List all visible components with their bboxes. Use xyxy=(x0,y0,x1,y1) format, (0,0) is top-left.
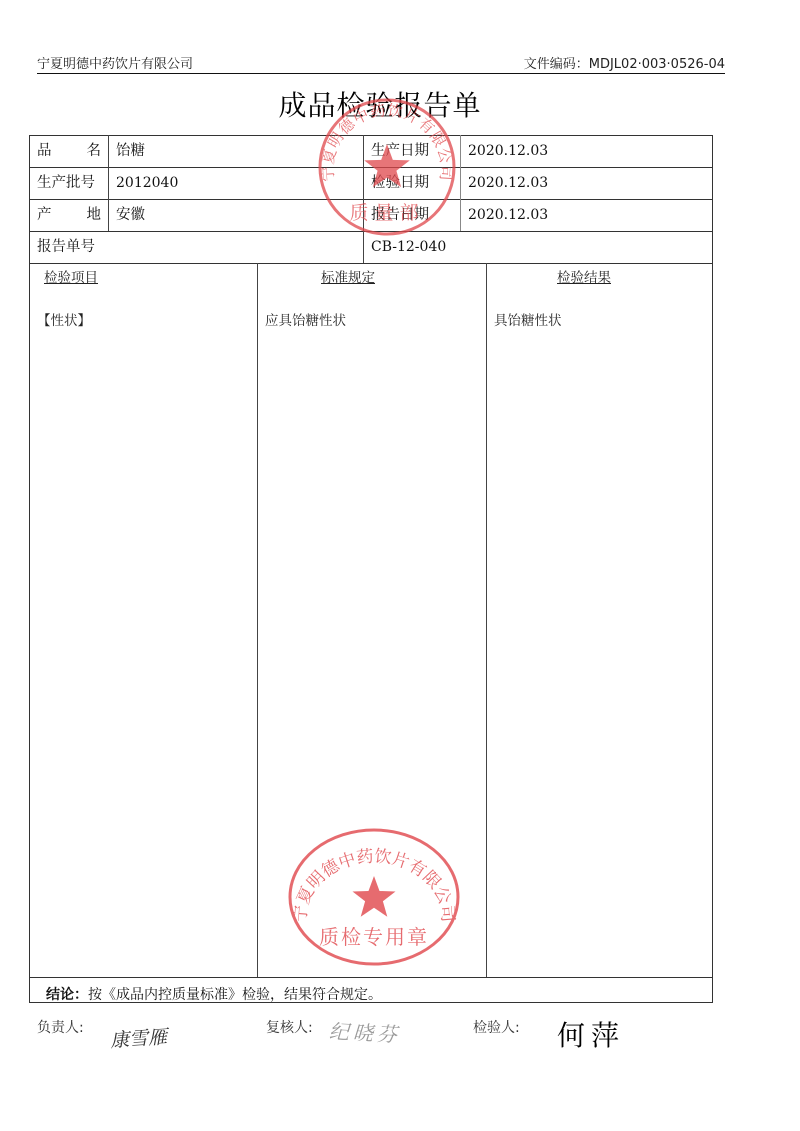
origin-label: 产地 xyxy=(37,199,101,231)
page-title: 成品检验报告单 xyxy=(0,84,760,124)
reviewer-signature: 纪晓芬 xyxy=(328,1015,401,1048)
col-header-item: 检验项目 xyxy=(44,266,98,286)
product-name-value: 饴糖 xyxy=(116,135,145,167)
conclusion-text: 按《成品内控质量标准》检验，结果符合规定。 xyxy=(88,987,382,1003)
row-divider xyxy=(29,977,713,978)
responsible-label: 负责人: xyxy=(37,1017,84,1037)
batch-value: 2012040 xyxy=(116,167,178,199)
test-result: 具饴糖性状 xyxy=(494,309,562,329)
batch-label: 生产批号 xyxy=(37,167,95,199)
reviewer-label: 复核人: xyxy=(266,1017,313,1037)
inspector-signature: 何萍 xyxy=(557,1014,625,1054)
conclusion-label: 结论： xyxy=(46,987,88,1003)
col-divider xyxy=(108,135,109,231)
doc-code-value: MDJL02·003·0526-04 xyxy=(589,57,725,72)
col-divider xyxy=(486,263,487,977)
conclusion: 结论：按《成品内控质量标准》检验，结果符合规定。 xyxy=(46,984,382,1004)
inspector-label: 检验人: xyxy=(473,1017,520,1037)
col-header-result: 检验结果 xyxy=(557,266,611,286)
report-no-label: 报告单号 xyxy=(37,231,95,263)
col-divider xyxy=(460,135,461,231)
header-rule xyxy=(37,73,725,74)
col-divider xyxy=(257,263,258,977)
product-name-label: 品名 xyxy=(37,135,101,167)
doc-code: 文件编码：MDJL02·003·0526-04 xyxy=(524,53,725,72)
company-name: 宁夏明德中药饮片有限公司 xyxy=(37,53,193,72)
production-date-value: 2020.12.03 xyxy=(468,135,548,167)
origin-value: 安徽 xyxy=(116,199,145,231)
report-date-label: 报告日期 xyxy=(371,199,429,231)
test-item: 【性状】 xyxy=(37,309,91,329)
col-header-standard: 标准规定 xyxy=(321,266,375,286)
col-divider xyxy=(363,135,364,263)
inspection-date-label: 检验日期 xyxy=(371,167,429,199)
row-divider xyxy=(29,263,713,264)
inspection-date-value: 2020.12.03 xyxy=(468,167,548,199)
doc-code-label: 文件编码： xyxy=(524,57,589,72)
test-standard: 应具饴糖性状 xyxy=(265,309,346,329)
responsible-signature: 康雪雁 xyxy=(109,1022,168,1053)
production-date-label: 生产日期 xyxy=(371,135,429,167)
report-no-value: CB-12-040 xyxy=(371,231,446,263)
report-date-value: 2020.12.03 xyxy=(468,199,548,231)
